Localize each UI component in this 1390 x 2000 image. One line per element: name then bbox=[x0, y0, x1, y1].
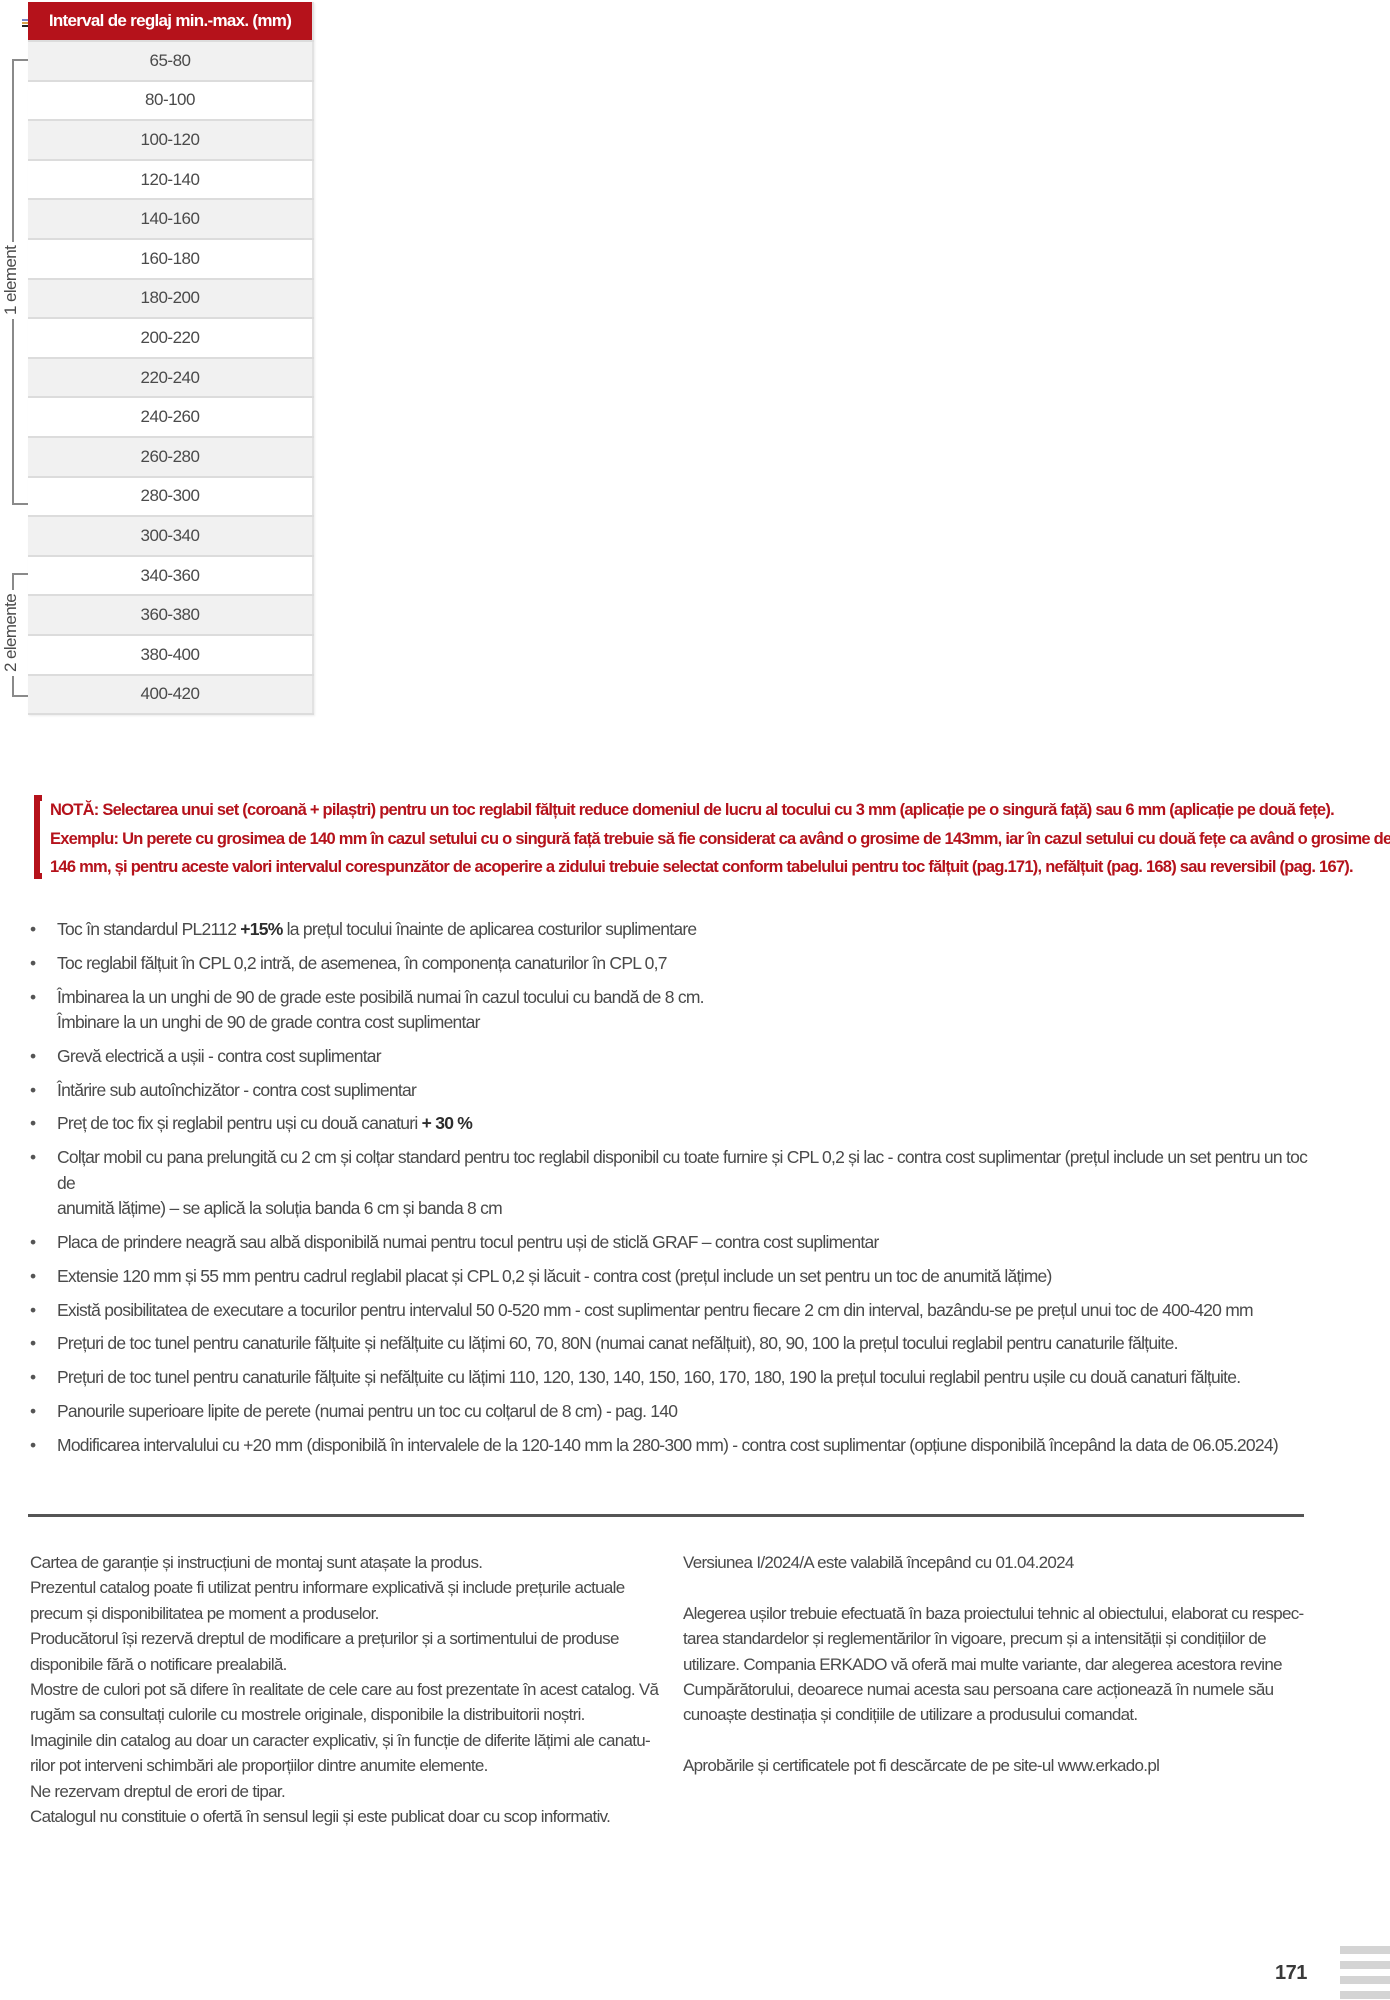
group-label-2-elemente: 2 elemente bbox=[1, 590, 21, 676]
note-line: Exemplu: Un perete cu grosimea de 140 mm… bbox=[50, 825, 1330, 854]
note-block: NOTĂ: Selectarea unui set (coroană + pil… bbox=[50, 796, 1330, 882]
bullet-icon: • bbox=[30, 1399, 35, 1425]
range-cell: 300-340 bbox=[28, 516, 313, 556]
bullet-list: •Toc în standardul PL2112 +15% la prețul… bbox=[26, 917, 1326, 1467]
disclaimer-line: Cartea de garanție și instrucțiuni de mo… bbox=[30, 1550, 670, 1575]
table-row: 65-80 bbox=[28, 41, 313, 81]
bullet-icon: • bbox=[30, 951, 35, 977]
table-row: 380-400 bbox=[28, 635, 313, 675]
item-text: Îmbinarea la un unghi de 90 de grade est… bbox=[57, 987, 704, 1033]
bullet-icon: • bbox=[30, 1298, 35, 1324]
range-cell: 65-80 bbox=[28, 41, 313, 81]
disclaimer-line: disponibile fără o notificare prealabilă… bbox=[30, 1652, 670, 1677]
list-item: •Prețuri de toc tunel pentru canaturile … bbox=[26, 1331, 1326, 1357]
note-line: 146 mm, și pentru aceste valori interval… bbox=[50, 853, 1330, 882]
page-number: 171 bbox=[1275, 1962, 1307, 1985]
disclaimer-line: Mostre de culori pot să difere în realit… bbox=[30, 1677, 670, 1702]
disclaimer-line: Catalogul nu constituie o ofertă în sens… bbox=[30, 1804, 670, 1829]
choice-line: cunoaște destinația și condițiile de uti… bbox=[683, 1702, 1323, 1727]
item-text: Toc în standardul PL2112 bbox=[57, 919, 240, 939]
item-text: Modificarea intervalului cu +20 mm (disp… bbox=[57, 1435, 1278, 1455]
range-cell: 340-360 bbox=[28, 556, 313, 596]
bullet-icon: • bbox=[30, 917, 35, 943]
list-item: •Toc în standardul PL2112 +15% la prețul… bbox=[26, 917, 1326, 943]
table-row: 300-340 bbox=[28, 516, 313, 556]
bullet-icon: • bbox=[30, 1433, 35, 1459]
bullet-icon: • bbox=[30, 1264, 35, 1290]
table-row: 120-140 bbox=[28, 160, 313, 200]
table-row: 180-200 bbox=[28, 279, 313, 319]
item-text: Placa de prindere neagră sau albă dispon… bbox=[57, 1232, 879, 1252]
list-item: •Îmbinarea la un unghi de 90 de grade es… bbox=[26, 985, 1326, 1036]
table-header: Interval de reglaj min.-max. (mm) bbox=[28, 2, 313, 41]
range-cell: 380-400 bbox=[28, 635, 313, 675]
list-item: •Placa de prindere neagră sau albă dispo… bbox=[26, 1230, 1326, 1256]
item-text: Colțar mobil cu pana prelungită cu 2 cm … bbox=[57, 1147, 1307, 1218]
table-row: 80-100 bbox=[28, 81, 313, 121]
note-line: NOTĂ: Selectarea unui set (coroană + pil… bbox=[50, 796, 1330, 825]
bullet-icon: • bbox=[30, 1078, 35, 1104]
bullet-icon: • bbox=[30, 1331, 35, 1357]
choice-line: tarea standardelor și reglementărilor în… bbox=[683, 1626, 1323, 1651]
bullet-icon: • bbox=[30, 1145, 35, 1171]
item-text: la prețul tocului înainte de aplicarea c… bbox=[283, 919, 697, 939]
disclaimer-line: Ne rezervam dreptul de erori de tipar. bbox=[30, 1779, 670, 1804]
range-cell: 280-300 bbox=[28, 477, 313, 517]
table-row: 100-120 bbox=[28, 120, 313, 160]
list-item: •Grevă electrică a ușii - contra cost su… bbox=[26, 1044, 1326, 1070]
choice-line: Cumpărătorului, deoarece numai acesta sa… bbox=[683, 1677, 1323, 1702]
version-text: Versiunea I/2024/A este valabilă începân… bbox=[683, 1550, 1323, 1575]
range-cell: 180-200 bbox=[28, 279, 313, 319]
item-text: Toc reglabil fălțuit în CPL 0,2 intră, d… bbox=[57, 953, 667, 973]
range-cell: 240-260 bbox=[28, 397, 313, 437]
list-item: •Există posibilitatea de executare a toc… bbox=[26, 1298, 1326, 1324]
list-item: •Extensie 120 mm și 55 mm pentru cadrul … bbox=[26, 1264, 1326, 1290]
bullet-icon: • bbox=[30, 1111, 35, 1137]
table-row: 360-380 bbox=[28, 595, 313, 635]
table-row: 220-240 bbox=[28, 358, 313, 398]
disclaimer-line: Prezentul catalog poate fi utilizat pent… bbox=[30, 1575, 670, 1600]
range-cell: 220-240 bbox=[28, 358, 313, 398]
footer-disclaimer: Cartea de garanție și instrucțiuni de mo… bbox=[30, 1550, 670, 1829]
note-bracket bbox=[34, 795, 42, 879]
table-row: 400-420 bbox=[28, 675, 313, 715]
list-item: •Panourile superioare lipite de perete (… bbox=[26, 1399, 1326, 1425]
range-cell: 400-420 bbox=[28, 675, 313, 715]
choice-line: Alegerea ușilor trebuie efectuată în baz… bbox=[683, 1601, 1323, 1626]
table-row: 240-260 bbox=[28, 397, 313, 437]
list-item: •Prețuri de toc tunel pentru canaturile … bbox=[26, 1365, 1326, 1391]
range-cell: 360-380 bbox=[28, 595, 313, 635]
table-row: 340-360 bbox=[28, 556, 313, 596]
bullet-icon: • bbox=[30, 985, 35, 1011]
approvals-text: Aprobările și certificatele pot fi descă… bbox=[683, 1753, 1323, 1778]
item-text: Grevă electrică a ușii - contra cost sup… bbox=[57, 1046, 381, 1066]
disclaimer-line: rilor pot interveni schimbări ale propor… bbox=[30, 1753, 670, 1778]
adjustment-range-table: Interval de reglaj min.-max. (mm) 65-808… bbox=[28, 2, 314, 715]
table-row: 200-220 bbox=[28, 318, 313, 358]
range-cell: 80-100 bbox=[28, 81, 313, 121]
item-text: Prețuri de toc tunel pentru canaturile f… bbox=[57, 1333, 1178, 1353]
item-emphasis: + 30 % bbox=[422, 1113, 472, 1133]
item-text: Extensie 120 mm și 55 mm pentru cadrul r… bbox=[57, 1266, 1052, 1286]
list-item: •Întărire sub autoînchizător - contra co… bbox=[26, 1078, 1326, 1104]
choice-paragraph: Alegerea ușilor trebuie efectuată în baz… bbox=[683, 1601, 1323, 1728]
item-text: Panourile superioare lipite de perete (n… bbox=[57, 1401, 677, 1421]
item-emphasis: +15% bbox=[240, 919, 282, 939]
disclaimer-line: Producătorul își rezervă dreptul de modi… bbox=[30, 1626, 670, 1651]
list-item: •Colțar mobil cu pana prelungită cu 2 cm… bbox=[26, 1145, 1326, 1222]
footer-divider bbox=[28, 1514, 1304, 1517]
table-row: 140-160 bbox=[28, 199, 313, 239]
list-item: •Toc reglabil fălțuit în CPL 0,2 intră, … bbox=[26, 951, 1326, 977]
range-cell: 160-180 bbox=[28, 239, 313, 279]
footer-right-column: Versiunea I/2024/A este valabilă începân… bbox=[683, 1550, 1323, 1779]
item-text: Întărire sub autoînchizător - contra cos… bbox=[57, 1080, 416, 1100]
list-item: •Preț de toc fix și reglabil pentru uși … bbox=[26, 1111, 1326, 1137]
list-item: •Modificarea intervalului cu +20 mm (dis… bbox=[26, 1433, 1326, 1459]
range-cell: 120-140 bbox=[28, 160, 313, 200]
range-cell: 200-220 bbox=[28, 318, 313, 358]
item-text: Prețuri de toc tunel pentru canaturile f… bbox=[57, 1367, 1240, 1387]
range-cell: 260-280 bbox=[28, 437, 313, 477]
group-label-1-element: 1 element bbox=[1, 241, 21, 318]
table-row: 260-280 bbox=[28, 437, 313, 477]
table-body: 65-8080-100100-120120-140140-160160-1801… bbox=[28, 41, 313, 714]
disclaimer-line: rugăm sa consultați culorile cu mostrele… bbox=[30, 1702, 670, 1727]
item-text: Există posibilitatea de executare a tocu… bbox=[57, 1300, 1253, 1320]
decorative-stripes-icon bbox=[1340, 1946, 1390, 2000]
range-cell: 140-160 bbox=[28, 199, 313, 239]
bullet-icon: • bbox=[30, 1230, 35, 1256]
choice-line: utilizare. Compania ERKADO vă oferă mai … bbox=[683, 1652, 1323, 1677]
bullet-icon: • bbox=[30, 1044, 35, 1070]
range-cell: 100-120 bbox=[28, 120, 313, 160]
table-row: 160-180 bbox=[28, 239, 313, 279]
bullet-icon: • bbox=[30, 1365, 35, 1391]
table-row: 280-300 bbox=[28, 477, 313, 517]
disclaimer-line: precum și disponibilitatea pe moment a p… bbox=[30, 1601, 670, 1626]
item-text: Preț de toc fix și reglabil pentru uși c… bbox=[57, 1113, 422, 1133]
disclaimer-line: Imaginile din catalog au doar un caracte… bbox=[30, 1728, 670, 1753]
